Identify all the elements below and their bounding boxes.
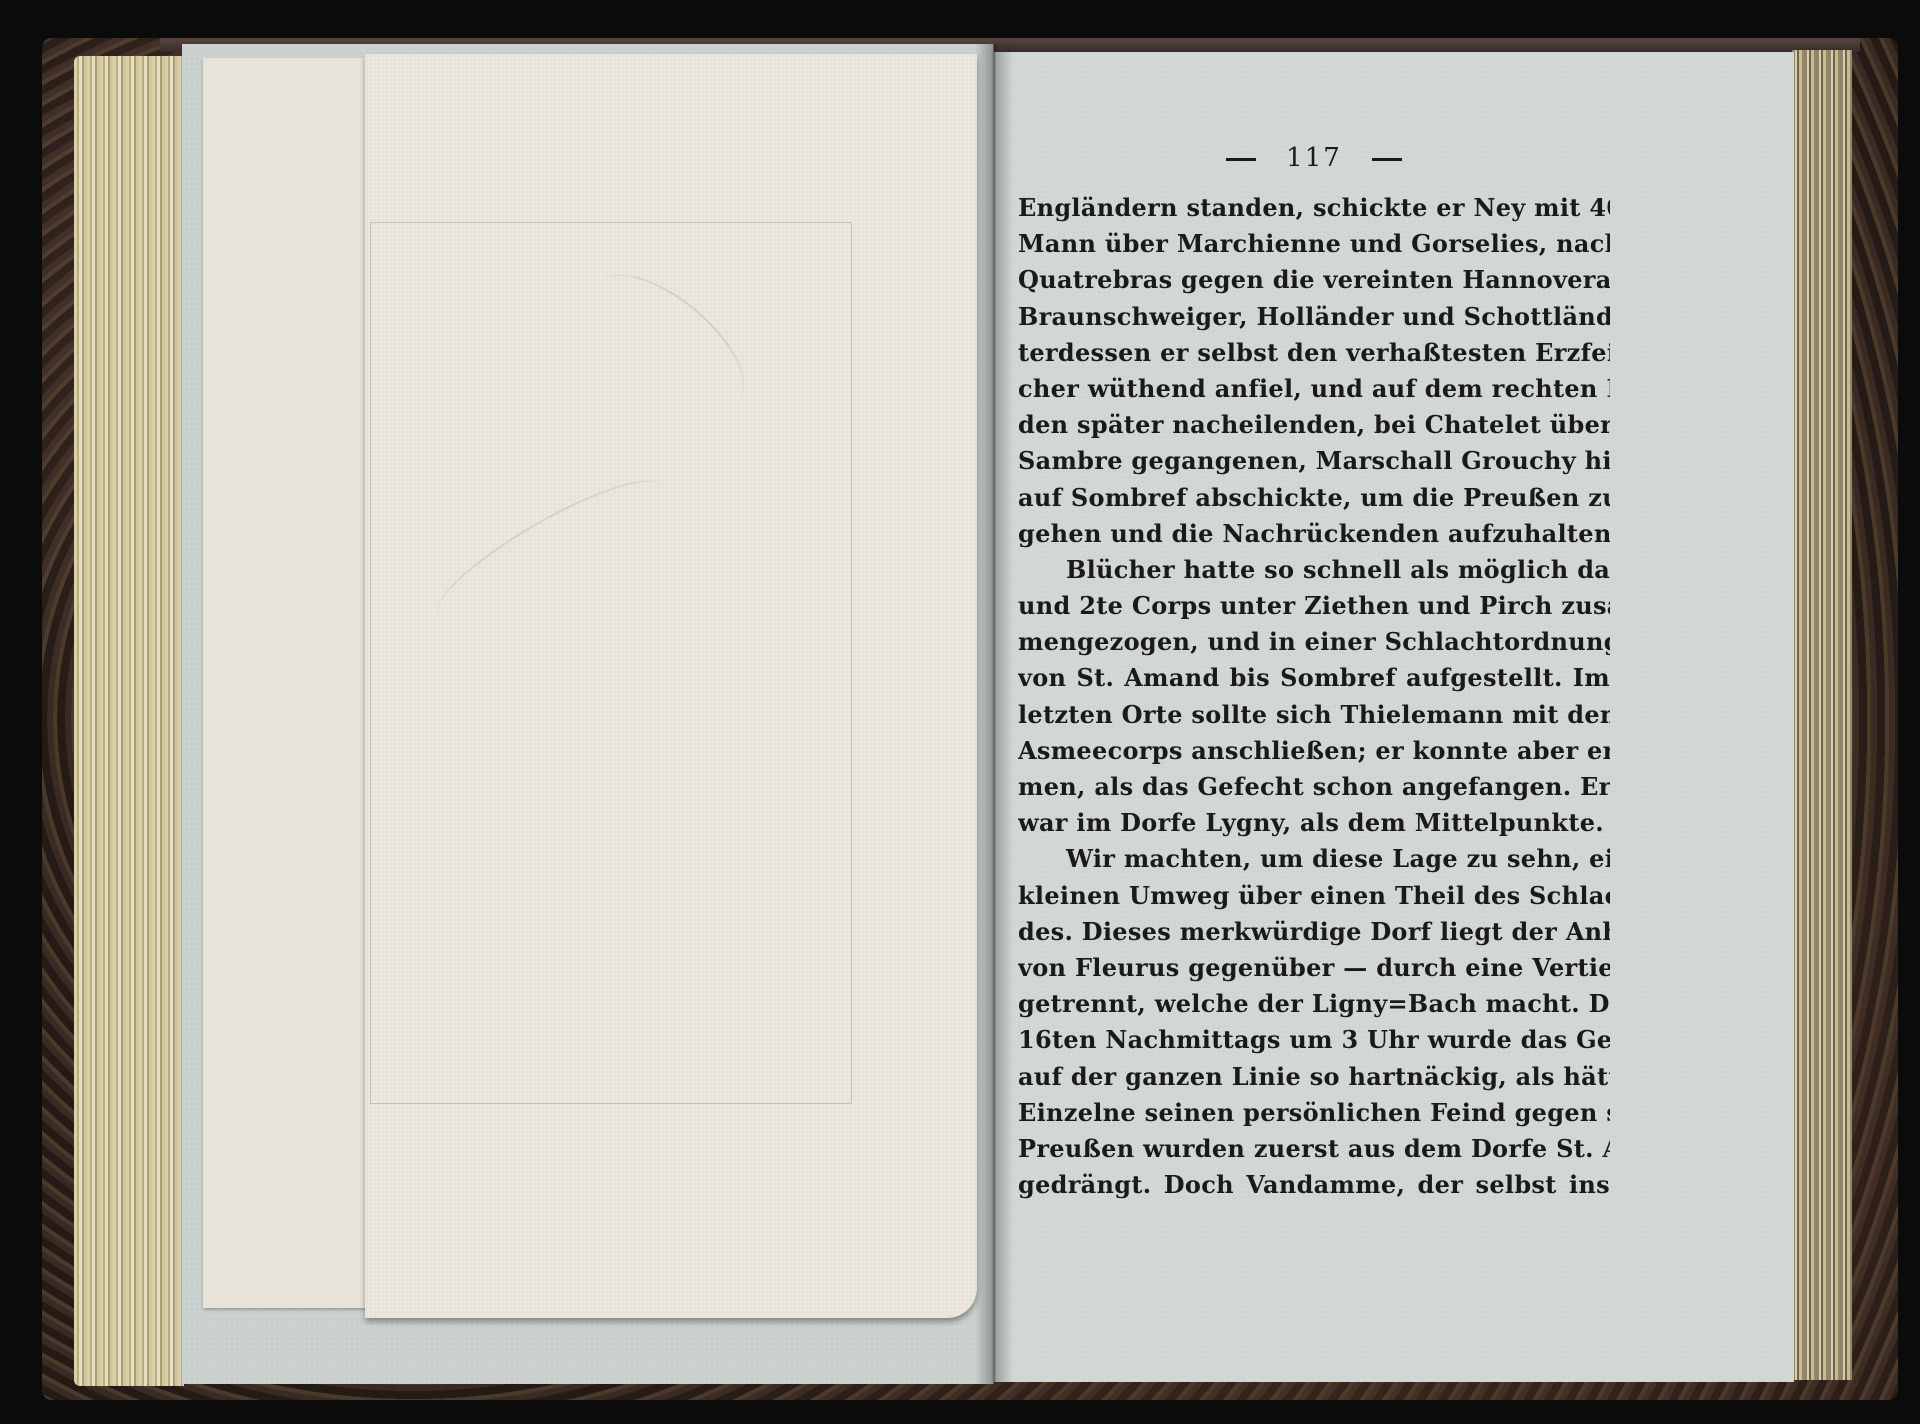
book-gutter	[975, 44, 1013, 1384]
text-line: Blücher hatte so schnell als möglich das…	[1018, 552, 1610, 588]
text-line: auf der ganzen Linie so hartnäckig, als …	[1018, 1059, 1610, 1095]
text-line: getrennt, welche der Ligny=Bach macht. D…	[1018, 986, 1610, 1022]
text-line: kleinen Umweg über einen Theil des Schla…	[1018, 878, 1610, 914]
text-line: letzten Orte sollte sich Thielemann mit …	[1018, 697, 1610, 733]
text-line: war im Dorfe Lygny, als dem Mittelpunkte…	[1018, 805, 1610, 841]
text-line: und 2te Corps unter Ziethen und Pirch zu…	[1018, 588, 1610, 624]
page-text: 117 Engländern standen, schickte er Ney …	[1018, 138, 1610, 1203]
text-line: Engländern standen, schickte er Ney mit …	[1018, 190, 1610, 226]
page-header: 117	[1018, 138, 1610, 178]
text-line: gehen und die Nachrückenden aufzuhalten.	[1018, 516, 1610, 552]
text-line: Asmeecorps anschließen; er konnte aber e…	[1018, 733, 1610, 769]
text-line: Braunschweiger, Holländer und Schottländ…	[1018, 299, 1610, 335]
left-page-edges	[74, 56, 184, 1386]
text-line: gedrängt. Doch Vandamme, der selbst ins	[1018, 1167, 1610, 1203]
text-line: cher wüthend anfiel, und auf dem rechten…	[1018, 371, 1610, 407]
text-line: men, als das Gefecht schon angefangen. E…	[1018, 769, 1610, 805]
text-line: Wir machten, um diese Lage zu sehn, eine…	[1018, 841, 1610, 877]
plate-border-trace	[370, 222, 852, 1104]
text-line: von St. Amand bis Sombref aufgestellt. I…	[1018, 660, 1610, 696]
header-dash-left	[1226, 158, 1256, 161]
text-line: terdessen er selbst den verhaßtesten Erz…	[1018, 335, 1610, 371]
text-line: Preußen wurden zuerst aus dem Dorfe St. …	[1018, 1131, 1610, 1167]
text-line: des. Dieses merkwürdige Dorf liegt der A…	[1018, 914, 1610, 950]
text-line: 16ten Nachmittags um 3 Uhr wurde das Gef…	[1018, 1022, 1610, 1058]
text-line: Quatrebras gegen die vereinten Hannovera…	[1018, 262, 1610, 298]
text-line: Sambre gegangenen, Marschall Grouchy hie…	[1018, 443, 1610, 479]
text-line: auf Sombref abschickte, um die Preußen z…	[1018, 480, 1610, 516]
text-line: den später nacheilenden, bei Chatelet üb…	[1018, 407, 1610, 443]
header-dash-right	[1372, 158, 1402, 161]
page-number: 117	[1286, 138, 1342, 178]
text-line: mengezogen, und in einer Schlachtordnung…	[1018, 624, 1610, 660]
text-line: Mann über Marchienne und Gorselies, nach	[1018, 226, 1610, 262]
text-line: von Fleurus gegenüber — durch eine Verti…	[1018, 950, 1610, 986]
text-line: Einzelne seinen persönlichen Feind gegen…	[1018, 1095, 1610, 1131]
right-page-edges	[1792, 50, 1852, 1380]
